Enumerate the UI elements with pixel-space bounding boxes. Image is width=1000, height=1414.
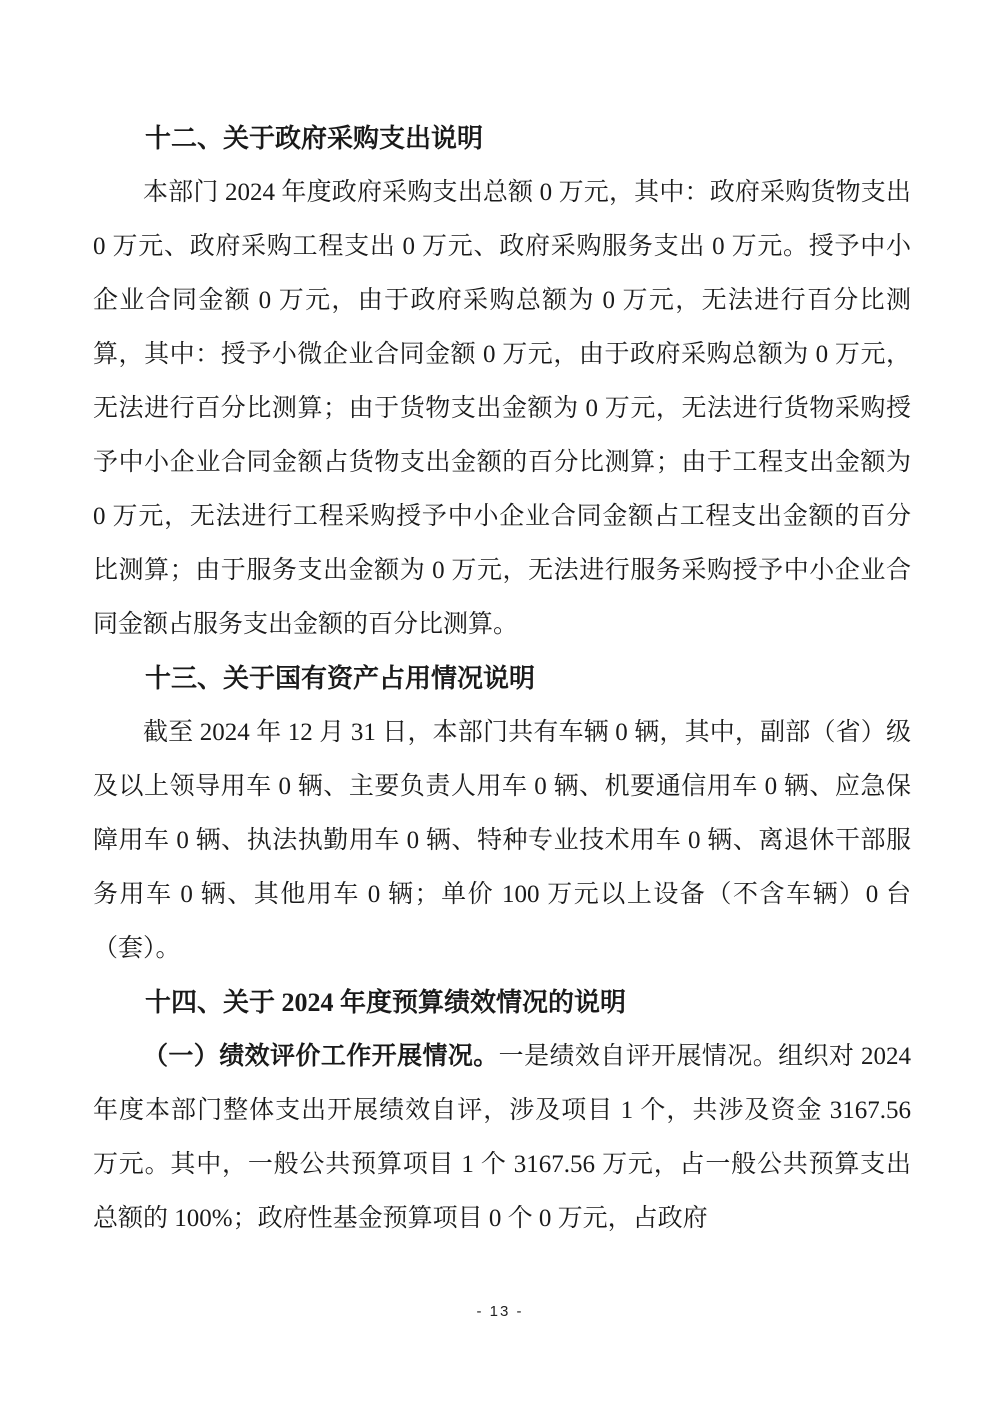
page-number: - 13 - (0, 1303, 1000, 1320)
section-heading-budget-performance: 十四、关于 2024 年度预算绩效情况的说明 (93, 976, 911, 1030)
paragraph-state-assets: 截至 2024 年 12 月 31 日，本部门共有车辆 0 辆，其中，副部（省）… (93, 706, 911, 976)
paragraph-rest: 一是绩效自评开展情况。组织对 2024 年度本部门整体支出开展绩效自评，涉及项目… (93, 1043, 911, 1232)
paragraph-government-procurement: 本部门 2024 年度政府采购支出总额 0 万元，其中：政府采购货物支出 0 万… (93, 166, 911, 652)
paragraph-lead-bold: （一）绩效评价工作开展情况。 (143, 1043, 499, 1070)
section-heading-government-procurement: 十二、关于政府采购支出说明 (93, 112, 911, 166)
document-body: 十二、关于政府采购支出说明 本部门 2024 年度政府采购支出总额 0 万元，其… (93, 112, 911, 1246)
section-heading-state-assets: 十三、关于国有资产占用情况说明 (93, 652, 911, 706)
paragraph-budget-performance: （一）绩效评价工作开展情况。一是绩效自评开展情况。组织对 2024 年度本部门整… (93, 1030, 911, 1246)
document-page: 十二、关于政府采购支出说明 本部门 2024 年度政府采购支出总额 0 万元，其… (0, 0, 1000, 1414)
